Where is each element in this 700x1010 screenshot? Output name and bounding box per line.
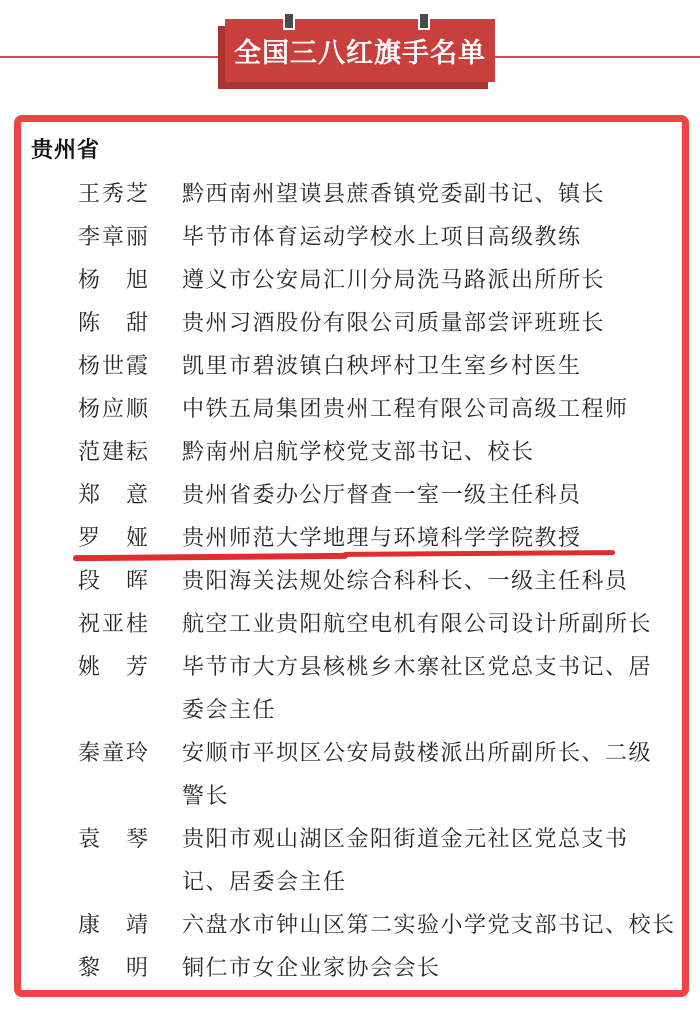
list-item: 姚 芳 毕节市大方县核桃乡木寨社区党总支书记、居 委会主任: [31, 645, 682, 731]
person-name: 秦童玲: [78, 731, 148, 774]
list-item: 杨 旭 遵义市公安局汇川分局洗马路派出所所长: [31, 258, 682, 301]
person-name: 杨世霞: [78, 344, 148, 387]
person-name: 杨应顺: [78, 387, 148, 430]
list-item: 王秀芝 黔西南州望谟县蔗香镇党委副书记、镇长: [31, 172, 682, 215]
person-title: 黔南州启航学校党支部书记、校长: [182, 430, 682, 473]
person-title: 贵阳市观山湖区金阳街道金元社区党总支书 记、居委会主任: [182, 817, 682, 903]
person-name: 范建耘: [78, 430, 148, 473]
person-name: 李章丽: [78, 215, 148, 258]
title-banner: 全国三八红旗手名单: [225, 19, 495, 82]
list-item: 祝亚桂 航空工业贵阳航空电机有限公司设计所副所长: [31, 602, 682, 645]
person-title: 遵义市公安局汇川分局洗马路派出所所长: [182, 258, 682, 301]
honoree-list: 王秀芝 黔西南州望谟县蔗香镇党委副书记、镇长 李章丽 毕节市体育运动学校水上项目…: [31, 172, 682, 989]
list-item: 杨世霞 凯里市碧波镇白秧坪村卫生室乡村医生: [31, 344, 682, 387]
person-name: 王秀芝: [78, 172, 148, 215]
person-name: 姚 芳: [78, 645, 148, 688]
list-item: 郑 意 贵州省委办公厅督查一室一级主任科员: [31, 473, 682, 516]
person-title: 黔西南州望谟县蔗香镇党委副书记、镇长: [182, 172, 682, 215]
list-item: 黎 明 铜仁市女企业家协会会长: [31, 946, 682, 989]
person-title: 贵州师范大学地理与环境科学学院教授: [182, 516, 682, 559]
person-name: 陈 甜: [78, 301, 148, 344]
person-name: 罗 娅: [78, 516, 148, 559]
person-title: 六盘水市钟山区第二实验小学党支部书记、校长: [182, 903, 682, 946]
person-name: 黎 明: [78, 946, 148, 989]
list-item: 段 晖 贵阳海关法规处综合科科长、一级主任科员: [31, 559, 682, 602]
person-name: 康 靖: [78, 903, 148, 946]
list-item: 杨应顺 中铁五局集团贵州工程有限公司高级工程师: [31, 387, 682, 430]
region-heading: 贵州省: [31, 132, 682, 168]
pin-clip-icon: [283, 12, 295, 30]
page-title: 全国三八红旗手名单: [234, 31, 486, 70]
person-title: 毕节市体育运动学校水上项目高级教练: [182, 215, 682, 258]
person-name: 袁 琴: [78, 817, 148, 860]
person-name: 杨 旭: [78, 258, 148, 301]
list-item: 秦童玲 安顺市平坝区公安局鼓楼派出所副所长、二级 警长: [31, 731, 682, 817]
person-title: 航空工业贵阳航空电机有限公司设计所副所长: [182, 602, 682, 645]
list-item: 袁 琴 贵阳市观山湖区金阳街道金元社区党总支书 记、居委会主任: [31, 817, 682, 903]
person-name: 郑 意: [78, 473, 148, 516]
person-title: 贵阳海关法规处综合科科长、一级主任科员: [182, 559, 682, 602]
list-item: 李章丽 毕节市体育运动学校水上项目高级教练: [31, 215, 682, 258]
list-panel: 贵州省 王秀芝 黔西南州望谟县蔗香镇党委副书记、镇长 李章丽 毕节市体育运动学校…: [14, 115, 689, 997]
person-title: 毕节市大方县核桃乡木寨社区党总支书记、居 委会主任: [182, 645, 682, 731]
list-item: 罗 娅 贵州师范大学地理与环境科学学院教授: [31, 516, 682, 559]
person-title: 中铁五局集团贵州工程有限公司高级工程师: [182, 387, 682, 430]
person-title: 贵州习酒股份有限公司质量部尝评班班长: [182, 301, 682, 344]
person-name: 段 晖: [78, 559, 148, 602]
person-name: 祝亚桂: [78, 602, 148, 645]
list-item: 陈 甜 贵州习酒股份有限公司质量部尝评班班长: [31, 301, 682, 344]
pin-clip-icon: [418, 12, 430, 30]
person-title: 凯里市碧波镇白秧坪村卫生室乡村医生: [182, 344, 682, 387]
list-item: 范建耘 黔南州启航学校党支部书记、校长: [31, 430, 682, 473]
list-item: 康 靖 六盘水市钟山区第二实验小学党支部书记、校长: [31, 903, 682, 946]
person-title: 安顺市平坝区公安局鼓楼派出所副所长、二级 警长: [182, 731, 682, 817]
person-title: 铜仁市女企业家协会会长: [182, 946, 682, 989]
person-title: 贵州省委办公厅督查一室一级主任科员: [182, 473, 682, 516]
